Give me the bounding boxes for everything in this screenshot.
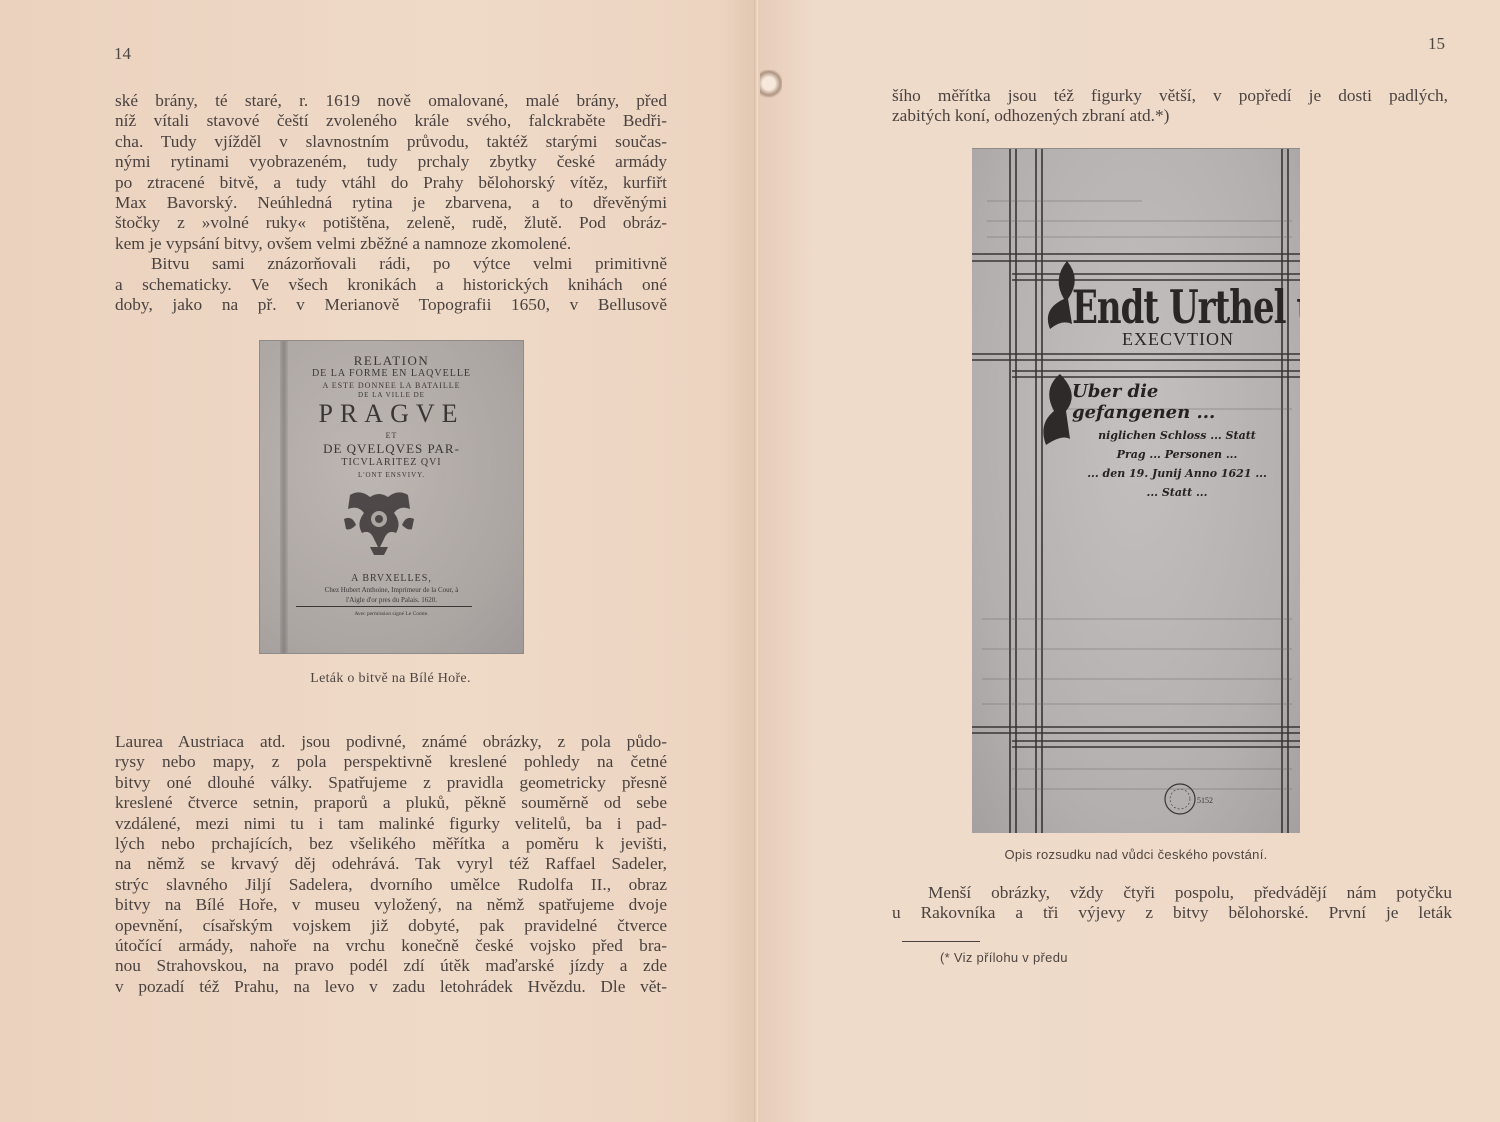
page-number-left: 14: [114, 44, 131, 64]
footnote: (* Viz přílohu v předu: [940, 950, 1068, 965]
manuscript-line: ... den 19. Junij Anno 1621 ...: [1072, 467, 1282, 480]
text-line: rysy nebo mapy, z pola perspektivně kres…: [115, 752, 667, 772]
text-line: vzdálené, mezi nimi tu i tam malinké fig…: [115, 814, 667, 834]
verdict-manuscript-figure: Endt Urthel unndt EXECVTION Uber die gef…: [972, 148, 1300, 833]
text-line: strýc slavného Jiljí Sadelera, dvorního …: [115, 875, 667, 895]
manuscript-body: Uber die gefangenen ... niglichen Schlos…: [1072, 381, 1282, 499]
text-line: bitvy na Bílé Hoře, v museu vyložený, na…: [115, 895, 667, 915]
leaflet-subtitle: TICVLARITEZ QVI: [260, 457, 523, 468]
imprint-address: l'Aigle d'or pres du Palais. 1620.: [260, 596, 523, 604]
text-line: šího měřítka jsou též figurky větší, v p…: [892, 86, 1448, 106]
text-line: opevnění, císařským vojskem již dobyté, …: [115, 916, 667, 936]
text-line: nou Strahovskou, na pravo podél zdí útěk…: [115, 956, 667, 976]
manuscript-line: niglichen Schloss ... Statt: [1072, 429, 1282, 442]
text-line: útočící armády, nahoře na vrchu konečně …: [115, 936, 667, 956]
right-paragraph-2: Menší obrázky, vždy čtyři pospolu, předv…: [892, 883, 1452, 924]
text-line: kem je vypsání bitvy, ovšem velmi zběžné…: [115, 234, 667, 254]
leaflet-subtitle: L'ONT ENSVIVY.: [260, 471, 523, 479]
right-paragraph-1: šího měřítka jsou též figurky větší, v p…: [892, 86, 1448, 127]
figure-caption-left: Leták o bitvě na Bílé Hoře.: [259, 671, 522, 687]
leaflet-subtitle: ET: [260, 431, 523, 440]
text-line: doby, jako na př. v Merianově Topografii…: [115, 295, 667, 315]
text-line: bitvy oné dlouhé války. Spatřujeme z pra…: [115, 773, 667, 793]
text-line: v pozadí též Prahu, na levo v zadu letoh…: [115, 977, 667, 997]
leaflet-subtitle: DE QVELQVES PAR-: [260, 441, 523, 457]
text-line: na němž se krvavý děj odehrává. Tak vyry…: [115, 854, 667, 874]
text-line: štočky z »volné ruky« potištěna, zeleně,…: [115, 213, 667, 233]
text-line: cha. Tudy vjížděl v slavnostním průvodu,…: [115, 132, 667, 152]
text-line: u Rakovníka a tři výjevy z bitvy bělohor…: [892, 903, 1452, 923]
text-line: Max Bavorský. Neúhledná rytina je zbarve…: [115, 193, 667, 213]
left-paragraph-3: Laurea Austriaca atd. jsou podivné, znám…: [115, 732, 667, 997]
text-line: nými rytinami vyobrazeném, tudy prchaly …: [115, 152, 667, 172]
text-line: Laurea Austriaca atd. jsou podivné, znám…: [115, 732, 667, 752]
text-line: níž vítali stavové čeští zvoleného krále…: [115, 111, 667, 131]
text-line: Menší obrázky, vždy čtyři pospolu, předv…: [892, 883, 1452, 903]
figure-caption-right: Opis rozsudku nad vůdci českého povstání…: [972, 847, 1300, 862]
paper-tear: [760, 70, 782, 100]
leaflet-subtitle: DE LA VILLE DE: [260, 391, 523, 399]
leaflet-title: RELATION: [260, 353, 523, 369]
text-line: po ztracené bitvě, a tudy vtáhl do Prahy…: [115, 173, 667, 193]
text-line: a schematicky. Ve všech kronikách a hist…: [115, 275, 667, 295]
text-line: ské brány, té staré, r. 1619 nově omalov…: [115, 91, 667, 111]
page-number-right: 15: [1428, 34, 1445, 54]
manuscript-line: ... Statt ...: [1072, 486, 1282, 499]
book-gutter: [754, 0, 758, 1122]
imprint-rule: [296, 606, 472, 607]
footnote-rule: [902, 941, 980, 942]
leaflet-figure: RELATION DE LA FORME EN LAQVELLE A ESTE …: [259, 340, 524, 654]
leaflet-city: PRAGVE: [260, 399, 523, 429]
manuscript-execution: EXECVTION: [1122, 329, 1234, 350]
text-line: Bitvu sami znázorňovali rádi, po výtce v…: [115, 254, 667, 274]
leaflet-subtitle: DE LA FORME EN LAQVELLE: [260, 368, 523, 379]
text-line: zabitých koní, odhozených zbraní atd.*): [892, 106, 1448, 126]
imprint-city: A BRVXELLES,: [260, 573, 523, 584]
stamp-number: 5152: [1197, 796, 1213, 805]
printer-ornament-icon: [340, 489, 418, 557]
text-line: kreslené čtverce setnin, praporů a pluků…: [115, 793, 667, 813]
manuscript-line: Uber die gefangenen ...: [1072, 381, 1282, 423]
text-line: lých nebo prchajících, bez všelikého měř…: [115, 834, 667, 854]
manuscript-line: Prag ... Personen ...: [1072, 448, 1282, 461]
manuscript-heading: Endt Urthel unndt: [1072, 281, 1300, 335]
left-paragraph-1: ské brány, té staré, r. 1619 nově omalov…: [115, 91, 667, 315]
imprint-printer: Chez Hubert Anthoine, Imprimeur de la Co…: [260, 586, 523, 594]
leaflet-subtitle: A ESTE DONNEE LA BATAILLE: [260, 381, 523, 390]
imprint-permission: Avec permission signé Le Comte.: [260, 611, 523, 617]
